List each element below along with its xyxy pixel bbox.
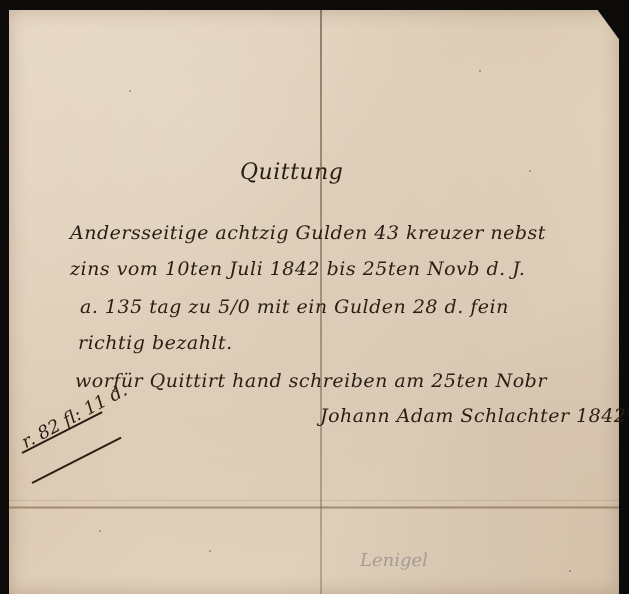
paper-speck xyxy=(129,90,131,92)
paper-speck xyxy=(569,570,571,572)
text-line-3: a. 135 tag zu 5/0 mit ein Gulden 28 d. f… xyxy=(80,296,509,318)
paper-speck xyxy=(99,530,101,532)
scan-background: Quittung Andersseitige achtzig Gulden 43… xyxy=(0,0,629,594)
horizontal-fold-crease xyxy=(9,506,619,509)
text-line-1: Andersseitige achtzig Gulden 43 kreuzer … xyxy=(70,222,546,244)
paper-speck xyxy=(479,70,481,72)
horizontal-fold-shadow xyxy=(9,500,619,501)
pencil-note: Lenigel xyxy=(360,550,428,571)
text-line-2: zins vom 10ten Juli 1842 bis 25ten Novb … xyxy=(70,258,525,280)
paper-speck xyxy=(209,550,211,552)
signature-line: Johann Adam Schlachter 1842 xyxy=(320,405,626,427)
paper-speck xyxy=(529,170,531,172)
text-line-5: worfür Quittirt hand schreiben am 25ten … xyxy=(75,370,547,392)
document-title: Quittung xyxy=(240,160,343,185)
text-line-4: richtig bezahlt. xyxy=(78,332,233,354)
